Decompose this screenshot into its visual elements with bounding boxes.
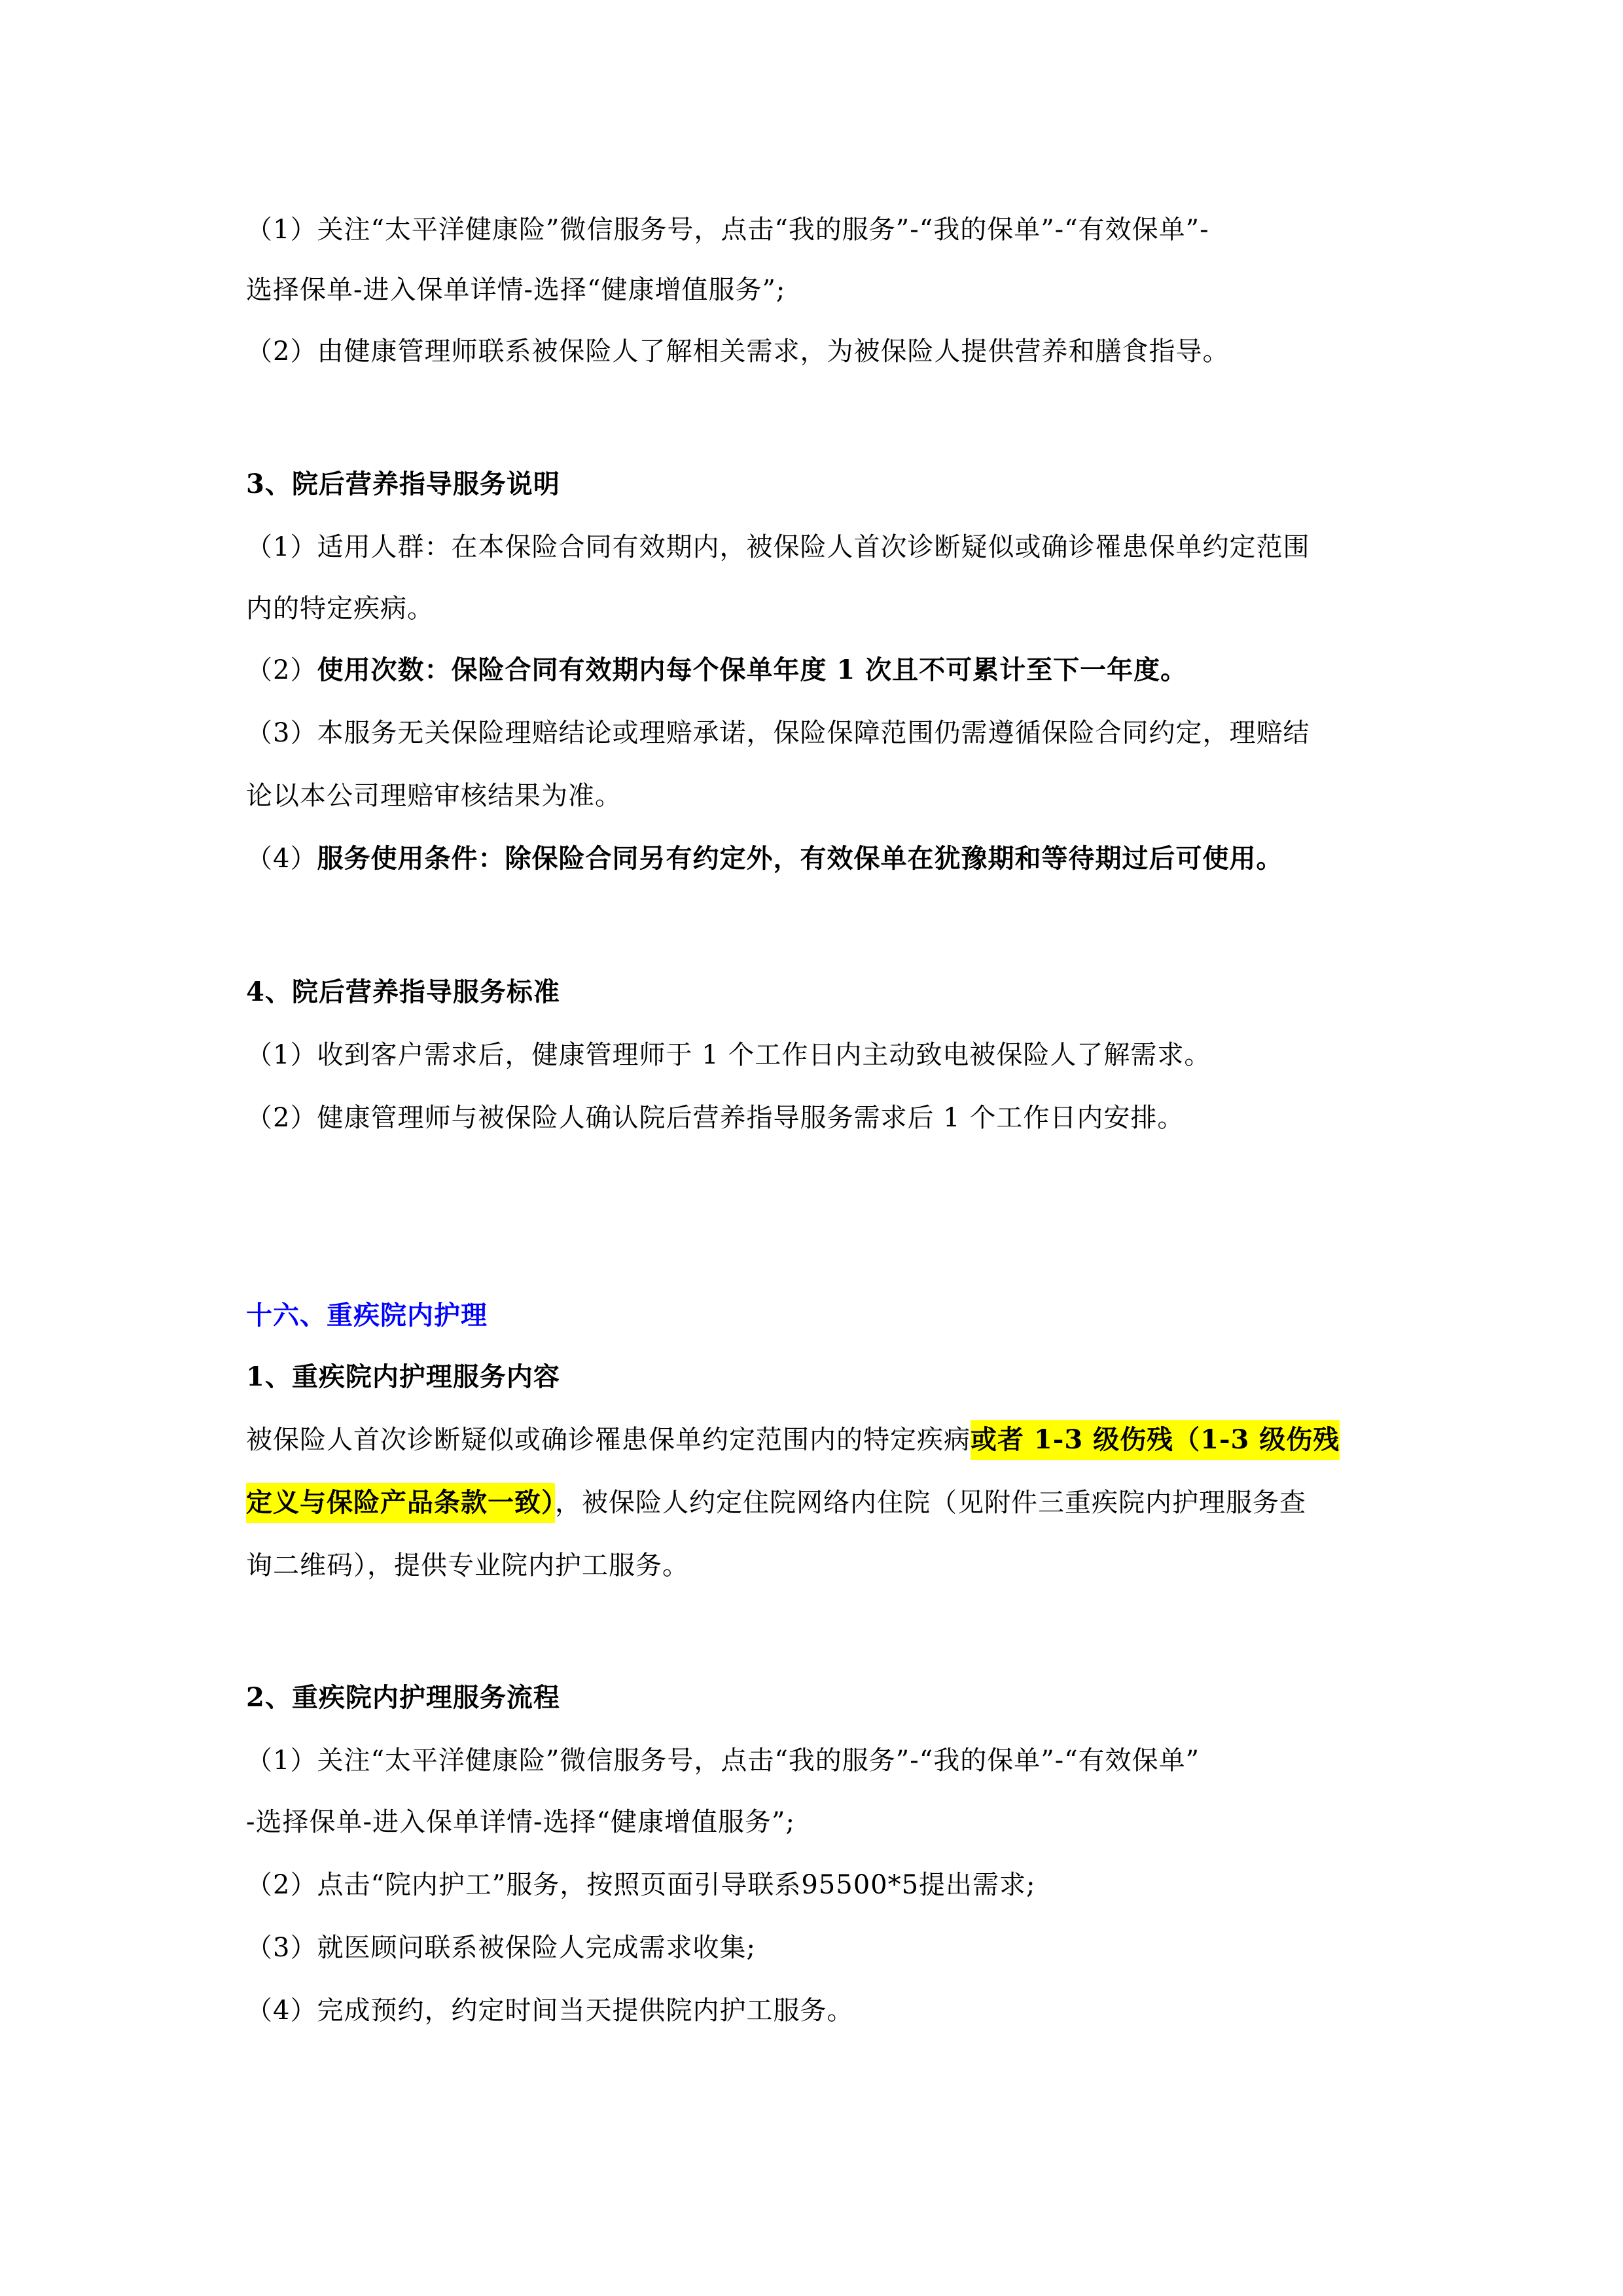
nursing-step2: （2）点击“院内护工”服务，按照页面引导联系95500*5提出需求; [246,1867,1036,1903]
content-line2-text: ，被保险人约定住院网络内住院（见附件三重疾院内护理服务查 [555,1488,1306,1518]
nursing-step1-line1: （1）关注“太平洋健康险”微信服务号，点击“我的服务”-“我的保单”-“有效保单… [246,1742,1200,1779]
heading-nutrition-service-description: 3、院后营养指导服务说明 [246,466,560,503]
nursing-step3: （3）就医顾问联系被保险人完成需求收集; [246,1929,756,1966]
item-standard-1: （1）收到客户需求后，健康管理师于 1 个工作日内主动致电被保险人了解需求。 [246,1037,1211,1073]
item-usage-count-text: 使用次数：保险合同有效期内每个保单年度 1 次且不可累计至下一年度。 [317,655,1187,685]
heading-nursing-service-process: 2、重疾院内护理服务流程 [246,1679,560,1716]
item-applicable-people-line2: 内的特定疾病。 [246,590,434,627]
nursing-step4: （4）完成预约，约定时间当天提供院内护工服务。 [246,1992,853,2029]
heading-nutrition-service-standard: 4、院后营养指导服务标准 [246,974,560,1011]
item-usage-conditions-prefix: （4） [246,844,317,874]
item-usage-count-prefix: （2） [246,655,317,685]
content-line3: 询二维码），提供专业院内护工服务。 [246,1547,689,1584]
heading-nursing-service-content: 1、重疾院内护理服务内容 [246,1359,560,1395]
content-line1: 被保险人首次诊断疑似或确诊罹患保单约定范围内的特定疾病或者 1-3 级伤残（1-… [246,1422,1340,1458]
paragraph-step1-line2: 选择保单-进入保单详情-选择“健康增值服务”; [246,272,785,308]
paragraph-step1-line1: （1）关注“太平洋健康险”微信服务号，点击“我的服务”-“我的保单”-“有效保单… [246,211,1209,248]
content-line1-text: 被保险人首次诊断疑似或确诊罹患保单约定范围内的特定疾病 [246,1425,971,1455]
item-disclaimer-line2: 论以本公司理赔审核结果为准。 [246,778,622,814]
content-line2: 定义与保险产品条款一致），被保险人约定住院网络内住院（见附件三重疾院内护理服务查 [246,1484,1306,1521]
item-usage-conditions-text: 服务使用条件：除保险合同另有约定外，有效保单在犹豫期和等待期过后可使用。 [317,843,1283,874]
item-standard-2: （2）健康管理师与被保险人确认院后营养指导服务需求后 1 个工作日内安排。 [246,1100,1184,1136]
section-title-critical-illness-nursing: 十六、重疾院内护理 [246,1297,488,1334]
nursing-step1-line2: -选择保单-进入保单详情-选择“健康增值服务”; [246,1804,795,1840]
item-usage-count: （2）使用次数：保险合同有效期内每个保单年度 1 次且不可累计至下一年度。 [246,652,1187,689]
item-usage-conditions: （4）服务使用条件：除保险合同另有约定外，有效保单在犹豫期和等待期过后可使用。 [246,840,1283,877]
item-disclaimer-line1: （3）本服务无关保险理赔结论或理赔承诺，保险保障范围仍需遵循保险合同约定，理赔结 [246,715,1310,751]
paragraph-step2: （2）由健康管理师联系被保险人了解相关需求，为被保险人提供营养和膳食指导。 [246,333,1229,370]
item-applicable-people-line1: （1）适用人群：在本保险合同有效期内，被保险人首次诊断疑似或确诊罹患保单约定范围 [246,529,1310,565]
highlighted-disability-clause: 或者 1-3 级伤残（1-3 级伤残 [971,1420,1340,1460]
highlighted-disability-definition: 定义与保险产品条款一致） [246,1483,555,1523]
